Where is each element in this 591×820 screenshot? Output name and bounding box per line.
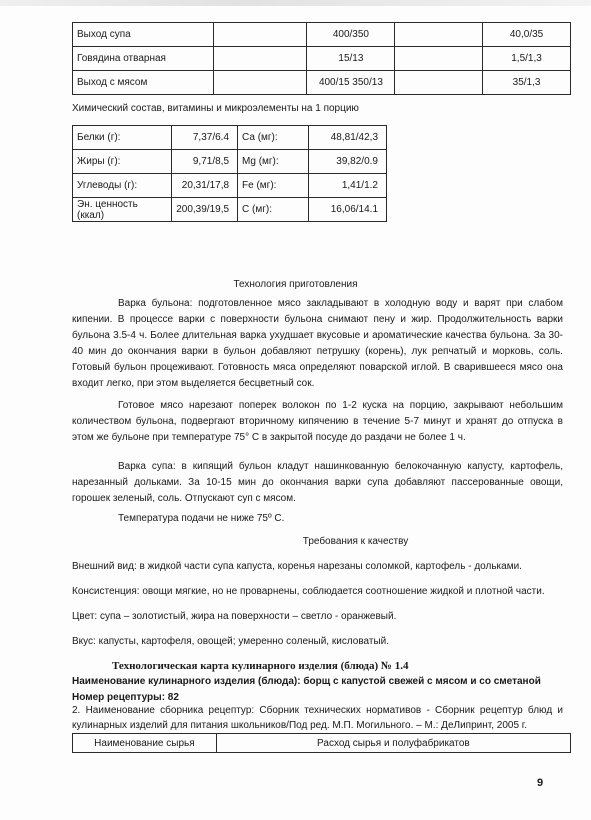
paragraph-text: Варка супа: в кипящий бульон кладут наши…	[72, 461, 563, 504]
document-page: Выход супа 400/350 40,0/35 Говядина отва…	[0, 0, 591, 820]
table-row: Выход супа 400/350 40,0/35	[73, 23, 571, 47]
paragraph-temperature: Температура подачи не ниже 75º С.	[72, 511, 563, 527]
table-row: Жиры (г): 9,71/8,5 Mg (мг): 39,82/0.9	[73, 150, 387, 174]
scan-edge	[0, 0, 591, 6]
mineral-label: Mg (мг):	[238, 150, 309, 174]
cell	[213, 71, 307, 95]
dish-name: Наименование кулинарного изделия (блюда)…	[72, 676, 541, 687]
table-row: Белки (г): 7,37/6.4 Са (мг): 48,81/42,3	[73, 126, 387, 150]
recipe-number: Номер рецептуры: 82	[72, 692, 179, 703]
row-label: Выход с мясом	[73, 71, 214, 95]
table-row: Говядина отварная 15/13 1,5/1,3	[73, 47, 571, 71]
table-row: Выход с мясом 400/15 350/13 35/1,3	[73, 71, 571, 95]
cell	[213, 47, 307, 71]
paragraph-text: Температура подачи не ниже 75º С.	[118, 513, 284, 524]
quality-taste: Вкус: капусты, картофеля, овощей; умерен…	[72, 636, 389, 647]
table-row: Эн. ценность (ккал) 200,39/19,5 С (мг): …	[73, 198, 387, 222]
nutrient-label: Эн. ценность (ккал)	[73, 198, 172, 222]
page-number: 9	[537, 777, 543, 789]
nutrient-value: 20,31/17,8	[172, 174, 238, 198]
nutrient-label: Жиры (г):	[73, 150, 172, 174]
cell: 400/15 350/13	[307, 71, 395, 95]
tech-card-title: Технологическая карта кулинарного издели…	[112, 660, 408, 672]
mineral-label: Са (мг):	[238, 126, 309, 150]
cell	[395, 71, 483, 95]
cell	[395, 23, 483, 47]
nutrient-value: 9,71/8,5	[172, 150, 238, 174]
paragraph-text: Варка бульона: подготовленное мясо закла…	[72, 298, 563, 389]
mineral-value: 1,41/1.2	[309, 174, 387, 198]
paragraph-soup: Варка супа: в кипящий бульон кладут наши…	[72, 459, 563, 507]
cell: 15/13	[307, 47, 395, 71]
mineral-label: С (мг):	[238, 198, 309, 222]
cell: 400/350	[307, 23, 395, 47]
paragraph-text: Готовое мясо нарезают поперек волокон по…	[72, 400, 563, 443]
nutrient-label: Белки (г):	[73, 126, 172, 150]
cell: 40,0/35	[483, 23, 571, 47]
quality-heading: Требования к качеству	[60, 536, 591, 547]
paragraph-meat: Готовое мясо нарезают поперек волокон по…	[72, 398, 563, 446]
cell	[213, 23, 307, 47]
yield-table: Выход супа 400/350 40,0/35 Говядина отва…	[72, 22, 571, 95]
quality-color: Цвет: супа – золотистый, жира на поверхн…	[72, 611, 396, 622]
chemical-composition-table: Белки (г): 7,37/6.4 Са (мг): 48,81/42,3 …	[72, 125, 387, 222]
row-label: Выход супа	[73, 23, 214, 47]
technology-heading: Технология приготовления	[0, 279, 591, 290]
cell	[395, 47, 483, 71]
mineral-value: 48,81/42,3	[309, 126, 387, 150]
table-row: Углеводы (г): 20,31/17,8 Fe (мг): 1,41/1…	[73, 174, 387, 198]
quality-consistency: Консистенция: овощи мягкие, но не провар…	[72, 586, 545, 597]
quality-appearance: Внешний вид: в жидкой части супа капуста…	[72, 561, 522, 572]
recipe-collection: 2. Наименование сборника рецептур: Сборн…	[72, 703, 563, 733]
table-header-row: Наименование сырья Расход сырья и полуфа…	[73, 734, 571, 753]
nutrient-value: 7,37/6.4	[172, 126, 238, 150]
header-consumption: Расход сырья и полуфабрикатов	[216, 734, 570, 753]
chem-caption: Химический состав, витамины и микроэлеме…	[72, 103, 359, 114]
mineral-value: 16,06/14.1	[309, 198, 387, 222]
mineral-value: 39,82/0.9	[309, 150, 387, 174]
mineral-label: Fe (мг):	[238, 174, 309, 198]
cell: 35/1,3	[483, 71, 571, 95]
row-label: Говядина отварная	[73, 47, 214, 71]
raw-materials-table: Наименование сырья Расход сырья и полуфа…	[72, 733, 571, 753]
cell: 1,5/1,3	[483, 47, 571, 71]
nutrient-label: Углеводы (г):	[73, 174, 172, 198]
header-raw-material: Наименование сырья	[73, 734, 217, 753]
nutrient-value: 200,39/19,5	[172, 198, 238, 222]
paragraph-broth: Варка бульона: подготовленное мясо закла…	[72, 296, 563, 392]
